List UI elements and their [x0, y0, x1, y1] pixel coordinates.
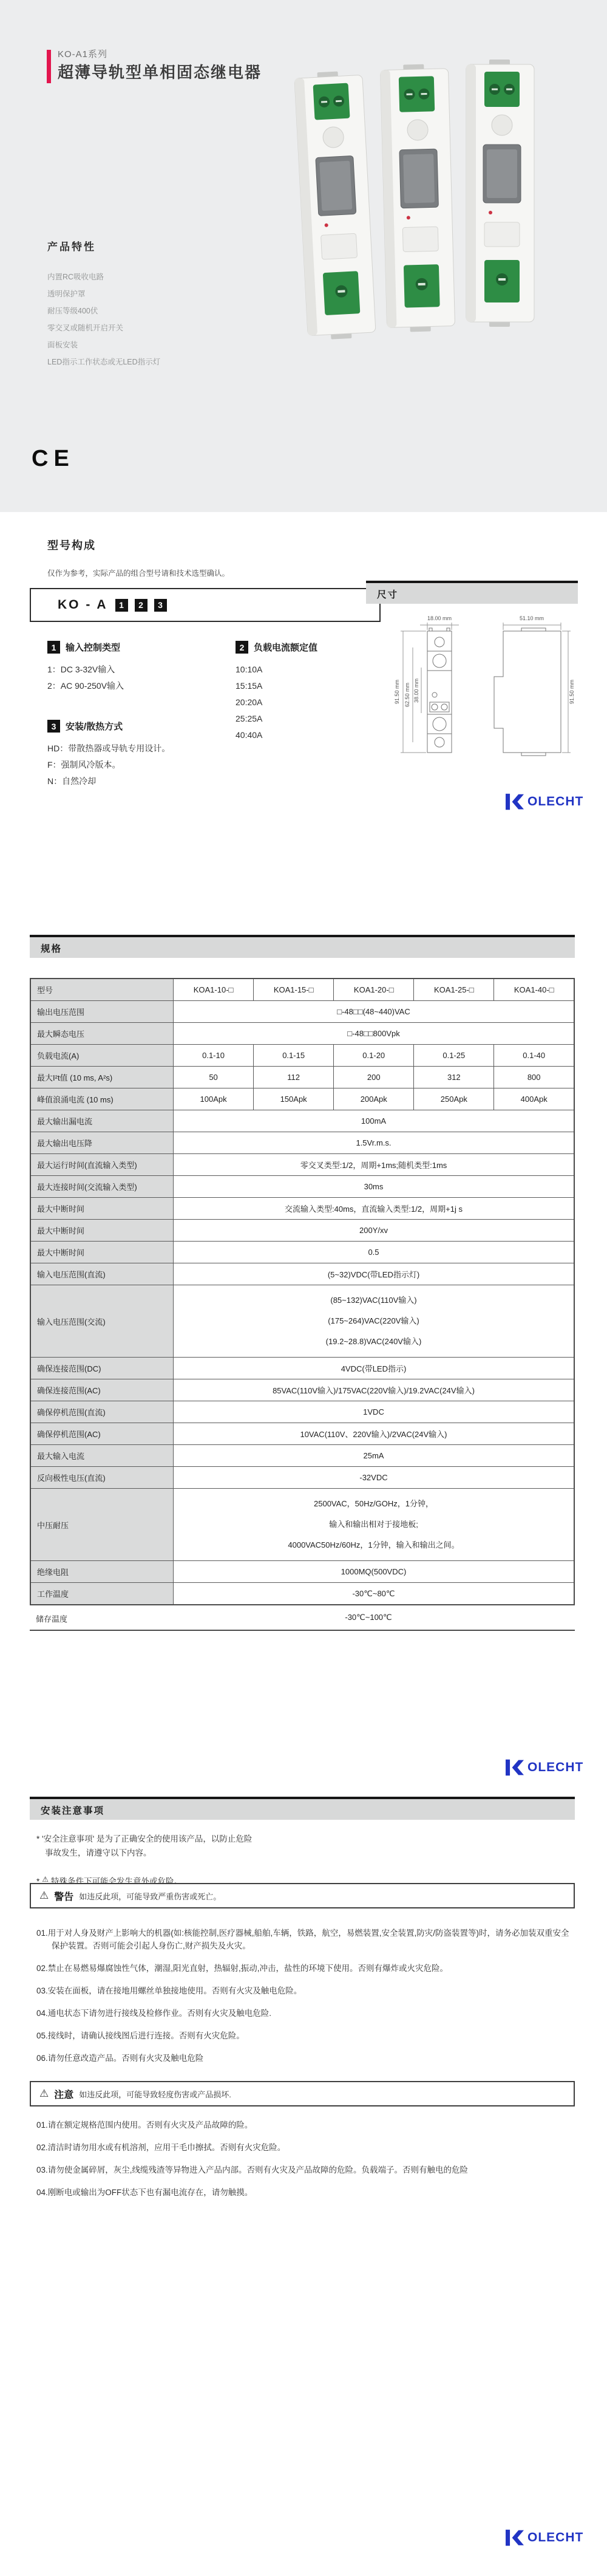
safety-note-line: * '安全注意事项' 是为了正确安全的使用该产品，以防止危险: [36, 1832, 571, 1846]
spec-row-label: 反向极性电压(直流): [30, 1467, 174, 1489]
model-section-heading: 型号构成: [47, 537, 96, 553]
spec-row: 最大输出漏电流100mA: [30, 1110, 574, 1132]
spec-row-label: 确保连接范围(AC): [30, 1379, 174, 1401]
series-label: KO-A1系列: [58, 47, 107, 60]
spec-value-cell: 1.5Vr.m.s.: [174, 1132, 575, 1154]
spec-row: 确保停机范围(AC)10VAC(110V、220V输入)/2VAC(24V输入): [30, 1423, 574, 1445]
spec-value-cell: 30ms: [174, 1176, 575, 1198]
logo-text: OLECHT: [527, 1760, 583, 1775]
spec-model-cell: KOA1-20-□: [334, 979, 414, 1001]
feature-item: 耐压等级400伏: [47, 302, 160, 319]
caution-text: 如违反此项，可能导致轻度伤害或产品损坏.: [79, 2088, 231, 2100]
spec-model-cell: KOA1-10-□: [174, 979, 254, 1001]
spec-value-cell: 200Y/xv: [174, 1220, 575, 1242]
spec-row-label: 确保连接范围(DC): [30, 1358, 174, 1379]
spec-row: 输入电压范围(直流)(5~32)VDC(带LED指示灯): [30, 1263, 574, 1285]
spec-row: 最大中断时间0.5: [30, 1242, 574, 1263]
spec-row-label: 最大输入电流: [30, 1445, 174, 1467]
caution-item: 01.请在额定规格范围内使用。否则有火灾及产品故障的险。: [36, 2119, 573, 2131]
option-item: 10:10A: [236, 661, 317, 678]
section-title: 输入控制类型: [66, 641, 120, 654]
dim-front-width: 18.00 mm: [427, 615, 452, 621]
spec-value-cell: 0.1-40: [494, 1045, 574, 1067]
spec-value-cell: (5~32)VDC(带LED指示灯): [174, 1263, 575, 1285]
spec-value-line: 2500VAC，50Hz/GOHz，1分钟，: [177, 1494, 570, 1514]
spec-row: 最大中断时间交流输入类型:40ms，直流输入类型:1/2，周期+1j s: [30, 1198, 574, 1220]
option-item: 20:20A: [236, 694, 317, 711]
spec-value-cell: 25mA: [174, 1445, 575, 1467]
spec-row-label: 输出电压范围: [30, 1001, 174, 1023]
section-number-square: 1: [47, 641, 60, 654]
feature-item: 零交叉或随机开启开关: [47, 319, 160, 337]
spec-row-label: 工作温度: [30, 1583, 174, 1605]
feature-item: 内置RC吸收电路: [47, 268, 160, 285]
spec-value-cell: 312: [414, 1067, 494, 1088]
spec-value-cell: 200Apk: [334, 1088, 414, 1110]
spec-model-cell: KOA1-40-□: [494, 979, 574, 1001]
spec-table-wrap: 型号KOA1-10-□KOA1-15-□KOA1-20-□KOA1-25-□KO…: [30, 978, 575, 1631]
spec-row-label: 负载电流(A): [30, 1045, 174, 1067]
spec-row-label: 输入电压范围(直流): [30, 1263, 174, 1285]
warning-item: 02.禁止在易燃易爆腐蚀性气体，潮湿,阳光直射，热辐射,振动,冲击，盐性的环境下…: [36, 1962, 573, 1975]
warning-text: 如违反此项，可能导致严重伤害或死亡。: [79, 1890, 221, 1902]
spec-value-cell: 200: [334, 1067, 414, 1088]
spec-row-label: 最大中断时间: [30, 1242, 174, 1263]
option-item: HD：带散热器或导轨专用设计。: [47, 740, 170, 757]
install-intro: * '安全注意事项' 是为了正确安全的使用该产品，以防止危险 事故发生，请遵守以…: [36, 1832, 571, 1888]
spec-table-body: 型号KOA1-10-□KOA1-15-□KOA1-20-□KOA1-25-□KO…: [30, 979, 574, 1605]
spec-row-label: 最大输出漏电流: [30, 1110, 174, 1132]
spec-row: 确保连接范围(AC)85VAC(110V输入)/175VAC(220V输入)/1…: [30, 1379, 574, 1401]
spec-row-label: 最大运行时间(直流输入类型): [30, 1154, 174, 1176]
specs-heading: 规格: [30, 937, 62, 955]
safety-note-line: 事故发生，请遵守以下内容。: [36, 1846, 571, 1860]
spec-row: 最大运行时间(直流输入类型)零交叉类型:1/2，周期+1ms;随机类型:1ms: [30, 1154, 574, 1176]
brand-logo: OLECHT: [506, 2529, 583, 2546]
model-note: 仅作为参考，实际产品的组合型号请和技术选型确认。: [47, 567, 229, 578]
caution-label: 注意: [54, 2087, 73, 2101]
section-number-square: 2: [236, 641, 248, 654]
install-heading: 安装注意事项: [30, 1799, 104, 1817]
spec-value-cell: -30℃~100℃: [162, 1613, 575, 1622]
warning-items: 01.用于对人身及财产上影响大的机器(如:核能控制,医疗器械,船舶,车辆，铁路，…: [36, 1927, 573, 2074]
spec-row-label: 最大连接时间(交流输入类型): [30, 1176, 174, 1198]
install-header-bar: 安装注意事项: [30, 1797, 575, 1820]
option-item: 40:40A: [236, 727, 317, 743]
spec-table: 型号KOA1-10-□KOA1-15-□KOA1-20-□KOA1-25-□KO…: [30, 978, 575, 1605]
product-photo: [284, 49, 588, 352]
spec-row: 反向极性电压(直流)-32VDC: [30, 1467, 574, 1489]
spec-row: 负载电流(A)0.1-100.1-150.1-200.1-250.1-40: [30, 1045, 574, 1067]
section-title: 负载电流额定值: [254, 641, 317, 654]
accent-bar: [47, 50, 51, 83]
spec-value-line: (85~132)VAC(110V输入): [177, 1290, 570, 1311]
model-code-prefix: KO - A: [58, 598, 108, 612]
spec-value-line: 4000VAC50Hz/60Hz，1分钟，输入和输出之间。: [177, 1535, 570, 1556]
spec-value-line: 输入和输出相对于接地板;: [177, 1514, 570, 1535]
spec-row: 输出电压范围□-48□□(48~440)VAC: [30, 1001, 574, 1023]
spec-model-cell: KOA1-25-□: [414, 979, 494, 1001]
dimensions-header-bar: 尺寸: [366, 581, 578, 604]
spec-value-cell: 0.1-25: [414, 1045, 494, 1067]
spec-value-cell: 0.1-15: [254, 1045, 334, 1067]
spec-row: 峰值浪涌电流 (10 ms)100Apk150Apk200Apk250Apk40…: [30, 1088, 574, 1110]
spec-value-cell: 0.1-10: [174, 1045, 254, 1067]
spec-row: 确保连接范围(DC)4VDC(带LED指示): [30, 1358, 574, 1379]
page-title: 超薄导轨型单相固态继电器: [58, 60, 262, 83]
model-code-box: KO - A 123: [30, 588, 381, 622]
option-item: 1：DC 3-32V输入: [47, 661, 124, 678]
caution-item: 03.请勿使金属碎屑，灰尘,线缆残渣等异物进入产品内部。否则有火灾及产品故障的危…: [36, 2164, 573, 2176]
dim-front-height-inner: 38.00 mm: [413, 678, 419, 703]
spec-value-cell: 4VDC(带LED指示): [174, 1358, 575, 1379]
option-item: 25:25A: [236, 711, 317, 727]
spec-row-label: 最大I²t值 (10 ms, A²s): [30, 1067, 174, 1088]
warning-item: 05.接线时，请确认接线图后进行连接。否则有火灾危险。: [36, 2029, 573, 2042]
spec-value-cell: 85VAC(110V输入)/175VAC(220V输入)/19.2VAC(24V…: [174, 1379, 575, 1401]
section-title: 安装/散热方式: [66, 720, 123, 733]
feature-item: 面板安装: [47, 337, 160, 354]
spec-value-cell: □-48□□(48~440)VAC: [174, 1001, 575, 1023]
spec-value-cell: 0.1-20: [334, 1045, 414, 1067]
spec-value-cell: 1000MQ(500VDC): [174, 1561, 575, 1583]
section-items: HD：带散热器或导轨专用设计。F：强制风冷版本。N：自然冷却: [47, 740, 170, 790]
model-section-load-current: 2 负载电流额定值 10:10A15:15A20:20A25:25A40:40A: [236, 641, 317, 743]
option-item: 15:15A: [236, 678, 317, 694]
model-code-digits: 123: [115, 599, 167, 612]
spec-value-cell: 2500VAC，50Hz/GOHz，1分钟，输入和输出相对于接地板;4000VA…: [174, 1489, 575, 1561]
brand-logo: OLECHT: [506, 793, 583, 810]
dim-side-height: 91.50 mm: [569, 680, 575, 704]
spec-value-cell: 10VAC(110V、220V输入)/2VAC(24V输入): [174, 1423, 575, 1445]
spec-value-cell: -32VDC: [174, 1467, 575, 1489]
spec-value-cell: 112: [254, 1067, 334, 1088]
section-number-square: 3: [47, 720, 60, 733]
option-item: 2：AC 90-250V输入: [47, 678, 124, 694]
section-items: 10:10A15:15A20:20A25:25A40:40A: [236, 661, 317, 743]
model-digit-square: 1: [115, 599, 128, 612]
caution-items: 01.请在额定规格范围内使用。否则有火灾及产品故障的险。02.清洁时请勿用水或有…: [36, 2119, 573, 2209]
spec-value-cell: 800: [494, 1067, 574, 1088]
spec-row-label: 最大输出电压降: [30, 1132, 174, 1154]
feature-item: 透明保护罩: [47, 285, 160, 302]
model-digit-square: 3: [154, 599, 167, 612]
spec-value-cell: 150Apk: [254, 1088, 334, 1110]
spec-row-label: 输入电压范围(交流): [30, 1285, 174, 1358]
logo-k-icon: [506, 793, 524, 810]
feature-item: LED指示工作状态或无LED指示灯: [47, 354, 160, 371]
caution-box: ⚠ 注意 如违反此项，可能导致轻度伤害或产品损坏.: [30, 2081, 575, 2106]
star-bullet: *: [36, 1834, 39, 1843]
option-item: F：强制风冷版本。: [47, 757, 170, 773]
spec-row: 中压耐压2500VAC，50Hz/GOHz，1分钟，输入和输出相对于接地板;40…: [30, 1489, 574, 1561]
caution-item: 04.刚断电或输出为OFF状态下也有漏电流存在，请勿触摸。: [36, 2186, 573, 2199]
model-section-mounting: 3 安装/散热方式 HD：带散热器或导轨专用设计。F：强制风冷版本。N：自然冷却: [47, 720, 170, 790]
spec-row: 绝缘电阻1000MQ(500VDC): [30, 1561, 574, 1583]
warning-triangle-icon: ⚠: [39, 2088, 49, 2100]
logo-k-icon: [506, 2529, 524, 2546]
spec-value-cell: (85~132)VAC(110V输入)(175~264)VAC(220V输入)(…: [174, 1285, 575, 1358]
spec-value-cell: 100Apk: [174, 1088, 254, 1110]
spec-row-label: 储存温度: [36, 1613, 67, 1624]
spec-value-cell: 50: [174, 1067, 254, 1088]
dimensions-drawing: 18.00 mm 91.50 mm 62.50 mm 38.00 mm 51.1…: [367, 610, 576, 780]
spec-value-cell: 1VDC: [174, 1401, 575, 1423]
warning-box: ⚠ 警告 如违反此项，可能导致严重伤害或死亡。: [30, 1883, 575, 1908]
specs-header-bar: 规格: [30, 935, 575, 958]
logo-text: OLECHT: [527, 794, 583, 809]
spec-row-label: 确保停机范围(直流): [30, 1401, 174, 1423]
spec-row: 最大I²t值 (10 ms, A²s)50112200312800: [30, 1067, 574, 1088]
spec-storage-row: 储存温度 -30℃~100℃: [30, 1605, 575, 1631]
datasheet-page: KO-A1系列 超薄导轨型单相固态继电器 产品特性 内置RC吸收电路透明保护罩耐…: [0, 0, 607, 2576]
logo-k-icon: [506, 1759, 524, 1776]
spec-value-cell: 250Apk: [414, 1088, 494, 1110]
dim-front-height-mid: 62.50 mm: [404, 683, 410, 707]
spec-row-label: 绝缘电阻: [30, 1561, 174, 1583]
dim-front-height-outer: 91.50 mm: [394, 680, 400, 704]
spec-row-label: 峰值浪涌电流 (10 ms): [30, 1088, 174, 1110]
spec-value-line: (19.2~28.8)VAC(240V输入): [177, 1331, 570, 1352]
spec-row-label: 确保停机范围(AC): [30, 1423, 174, 1445]
spec-row: 最大连接时间(交流输入类型)30ms: [30, 1176, 574, 1198]
logo-text: OLECHT: [527, 2530, 583, 2545]
warning-item: 04.通电状态下请勿进行接线及检修作业。否则有火灾及触电危险.: [36, 2007, 573, 2020]
spec-row: 最大输入电流25mA: [30, 1445, 574, 1467]
spec-model-cell: KOA1-15-□: [254, 979, 334, 1001]
features-heading: 产品特性: [47, 238, 96, 253]
spec-row: 最大中断时间200Y/xv: [30, 1220, 574, 1242]
spec-row: 最大输出电压降1.5Vr.m.s.: [30, 1132, 574, 1154]
dimensions-heading: 尺寸: [366, 583, 398, 601]
hero-section: KO-A1系列 超薄导轨型单相固态继电器 产品特性 内置RC吸收电路透明保护罩耐…: [0, 0, 607, 512]
spec-value-cell: □-48□□800Vpk: [174, 1023, 575, 1045]
spec-row-label: 中压耐压: [30, 1489, 174, 1561]
warning-item: 01.用于对人身及财产上影响大的机器(如:核能控制,医疗器械,船舶,车辆，铁路，…: [36, 1927, 573, 1952]
warning-item: 03.安装在面板，请在接地用螺丝单独接地使用。否则有火灾及触电危险。: [36, 1984, 573, 1997]
model-digit-square: 2: [135, 599, 148, 612]
spec-row-label: 最大瞬态电压: [30, 1023, 174, 1045]
spec-row: 最大瞬态电压□-48□□800Vpk: [30, 1023, 574, 1045]
brand-logo: OLECHT: [506, 1759, 583, 1776]
warning-item: 06.请勿任意改造产品。否则有火灾及触电危险: [36, 2052, 573, 2065]
model-section-input-type: 1 输入控制类型 1：DC 3-32V输入2：AC 90-250V输入: [47, 641, 124, 694]
ce-mark: CE: [32, 446, 75, 472]
spec-header-row: 型号KOA1-10-□KOA1-15-□KOA1-20-□KOA1-25-□KO…: [30, 979, 574, 1001]
spec-value-line: (175~264)VAC(220V输入): [177, 1311, 570, 1331]
option-item: N：自然冷却: [47, 773, 170, 790]
spec-row: 确保停机范围(直流)1VDC: [30, 1401, 574, 1423]
warning-triangle-icon: ⚠: [39, 1890, 49, 1902]
spec-value-cell: 零交叉类型:1/2，周期+1ms;随机类型:1ms: [174, 1154, 575, 1176]
spec-row: 工作温度-30℃~80℃: [30, 1583, 574, 1605]
caution-item: 02.清洁时请勿用水或有机溶剂，应用干毛巾擦拭。否则有火灾危险。: [36, 2141, 573, 2154]
spec-value-cell: -30℃~80℃: [174, 1583, 575, 1605]
spec-row-label: 最大中断时间: [30, 1198, 174, 1220]
spec-value-cell: 400Apk: [494, 1088, 574, 1110]
spec-value-cell: 交流输入类型:40ms，直流输入类型:1/2，周期+1j s: [174, 1198, 575, 1220]
spec-value-cell: 0.5: [174, 1242, 575, 1263]
dim-side-width: 51.10 mm: [520, 615, 544, 621]
section-items: 1：DC 3-32V输入2：AC 90-250V输入: [47, 661, 124, 694]
spec-row-label: 最大中断时间: [30, 1220, 174, 1242]
spec-header-label: 型号: [30, 979, 174, 1001]
spec-row: 输入电压范围(交流)(85~132)VAC(110V输入)(175~264)VA…: [30, 1285, 574, 1358]
warning-label: 警告: [54, 1889, 73, 1903]
spec-value-cell: 100mA: [174, 1110, 575, 1132]
features-list: 内置RC吸收电路透明保护罩耐压等级400伏零交叉或随机开启开关面板安装LED指示…: [47, 268, 160, 371]
